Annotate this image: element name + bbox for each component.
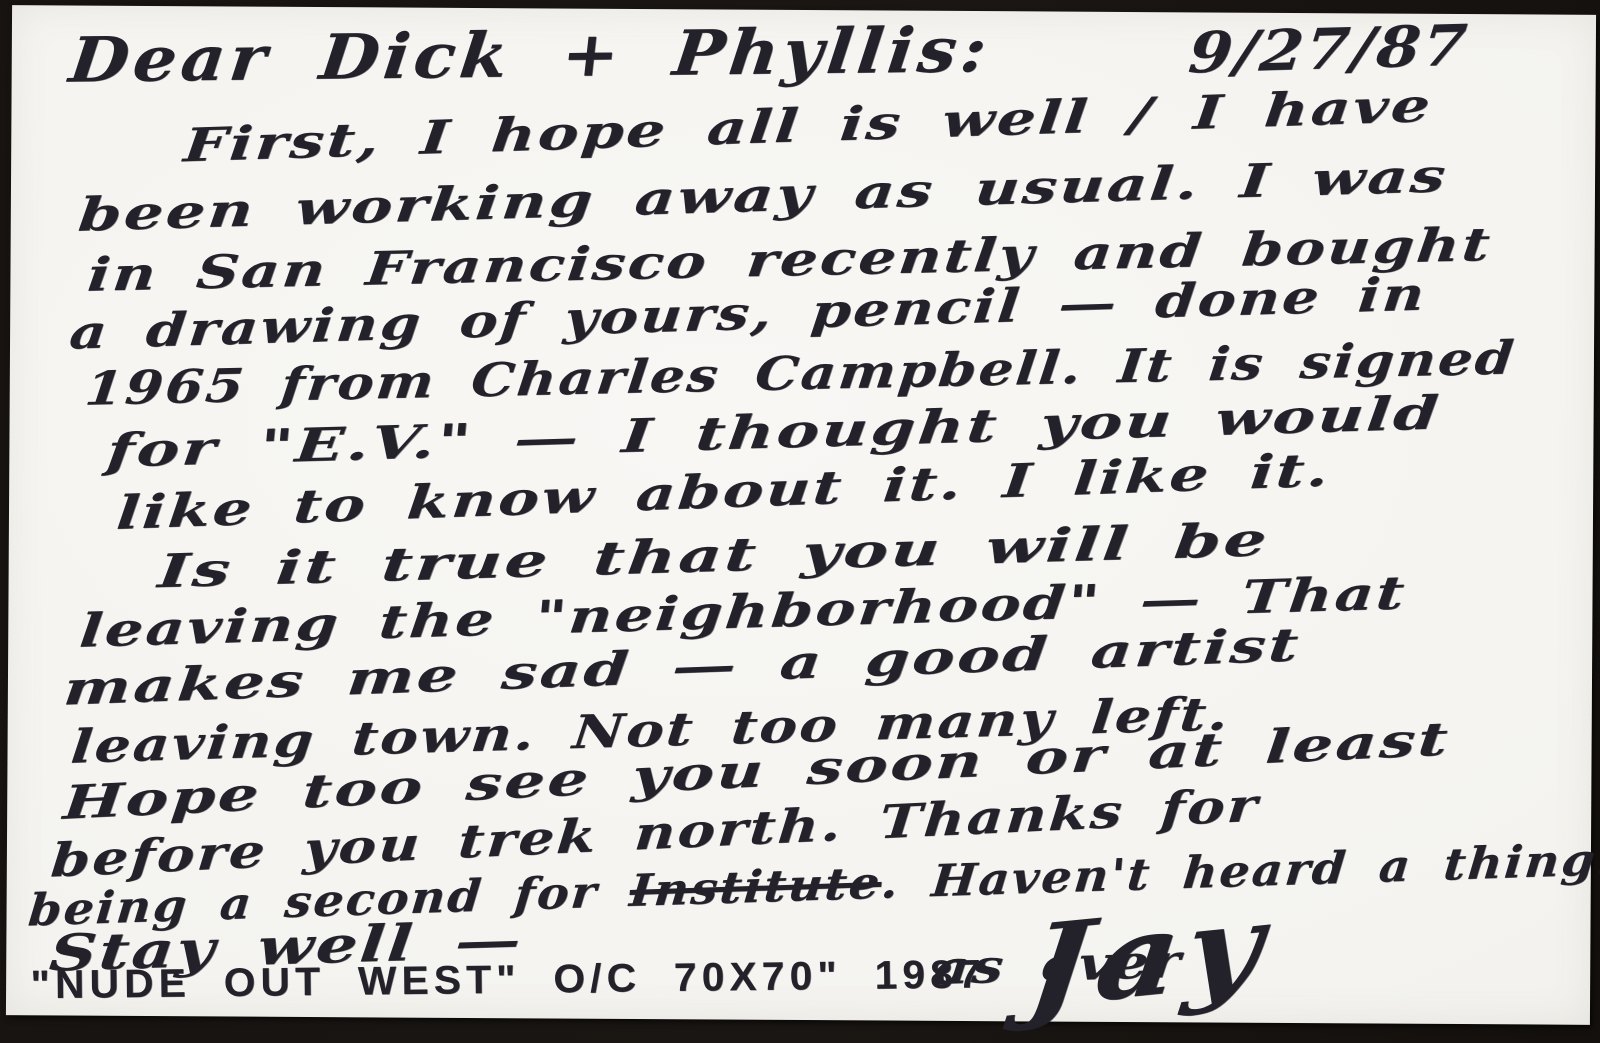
salutation: Dear Dick + Phyllis:: [66, 13, 995, 97]
signature: Jay: [1022, 878, 1276, 1035]
letter-date: 9/27/87: [1186, 12, 1472, 86]
letter-card: 9/27/87 Dear Dick + Phyllis: First, I ho…: [6, 5, 1596, 1025]
letter-photo: { "colors": { "mat_background": "#171310…: [0, 0, 1600, 1043]
strike-line-struck-word: Institute: [628, 858, 884, 917]
artwork-caption: "NUDE OUT WEST" O/C 70X70" 1987: [30, 952, 986, 1008]
